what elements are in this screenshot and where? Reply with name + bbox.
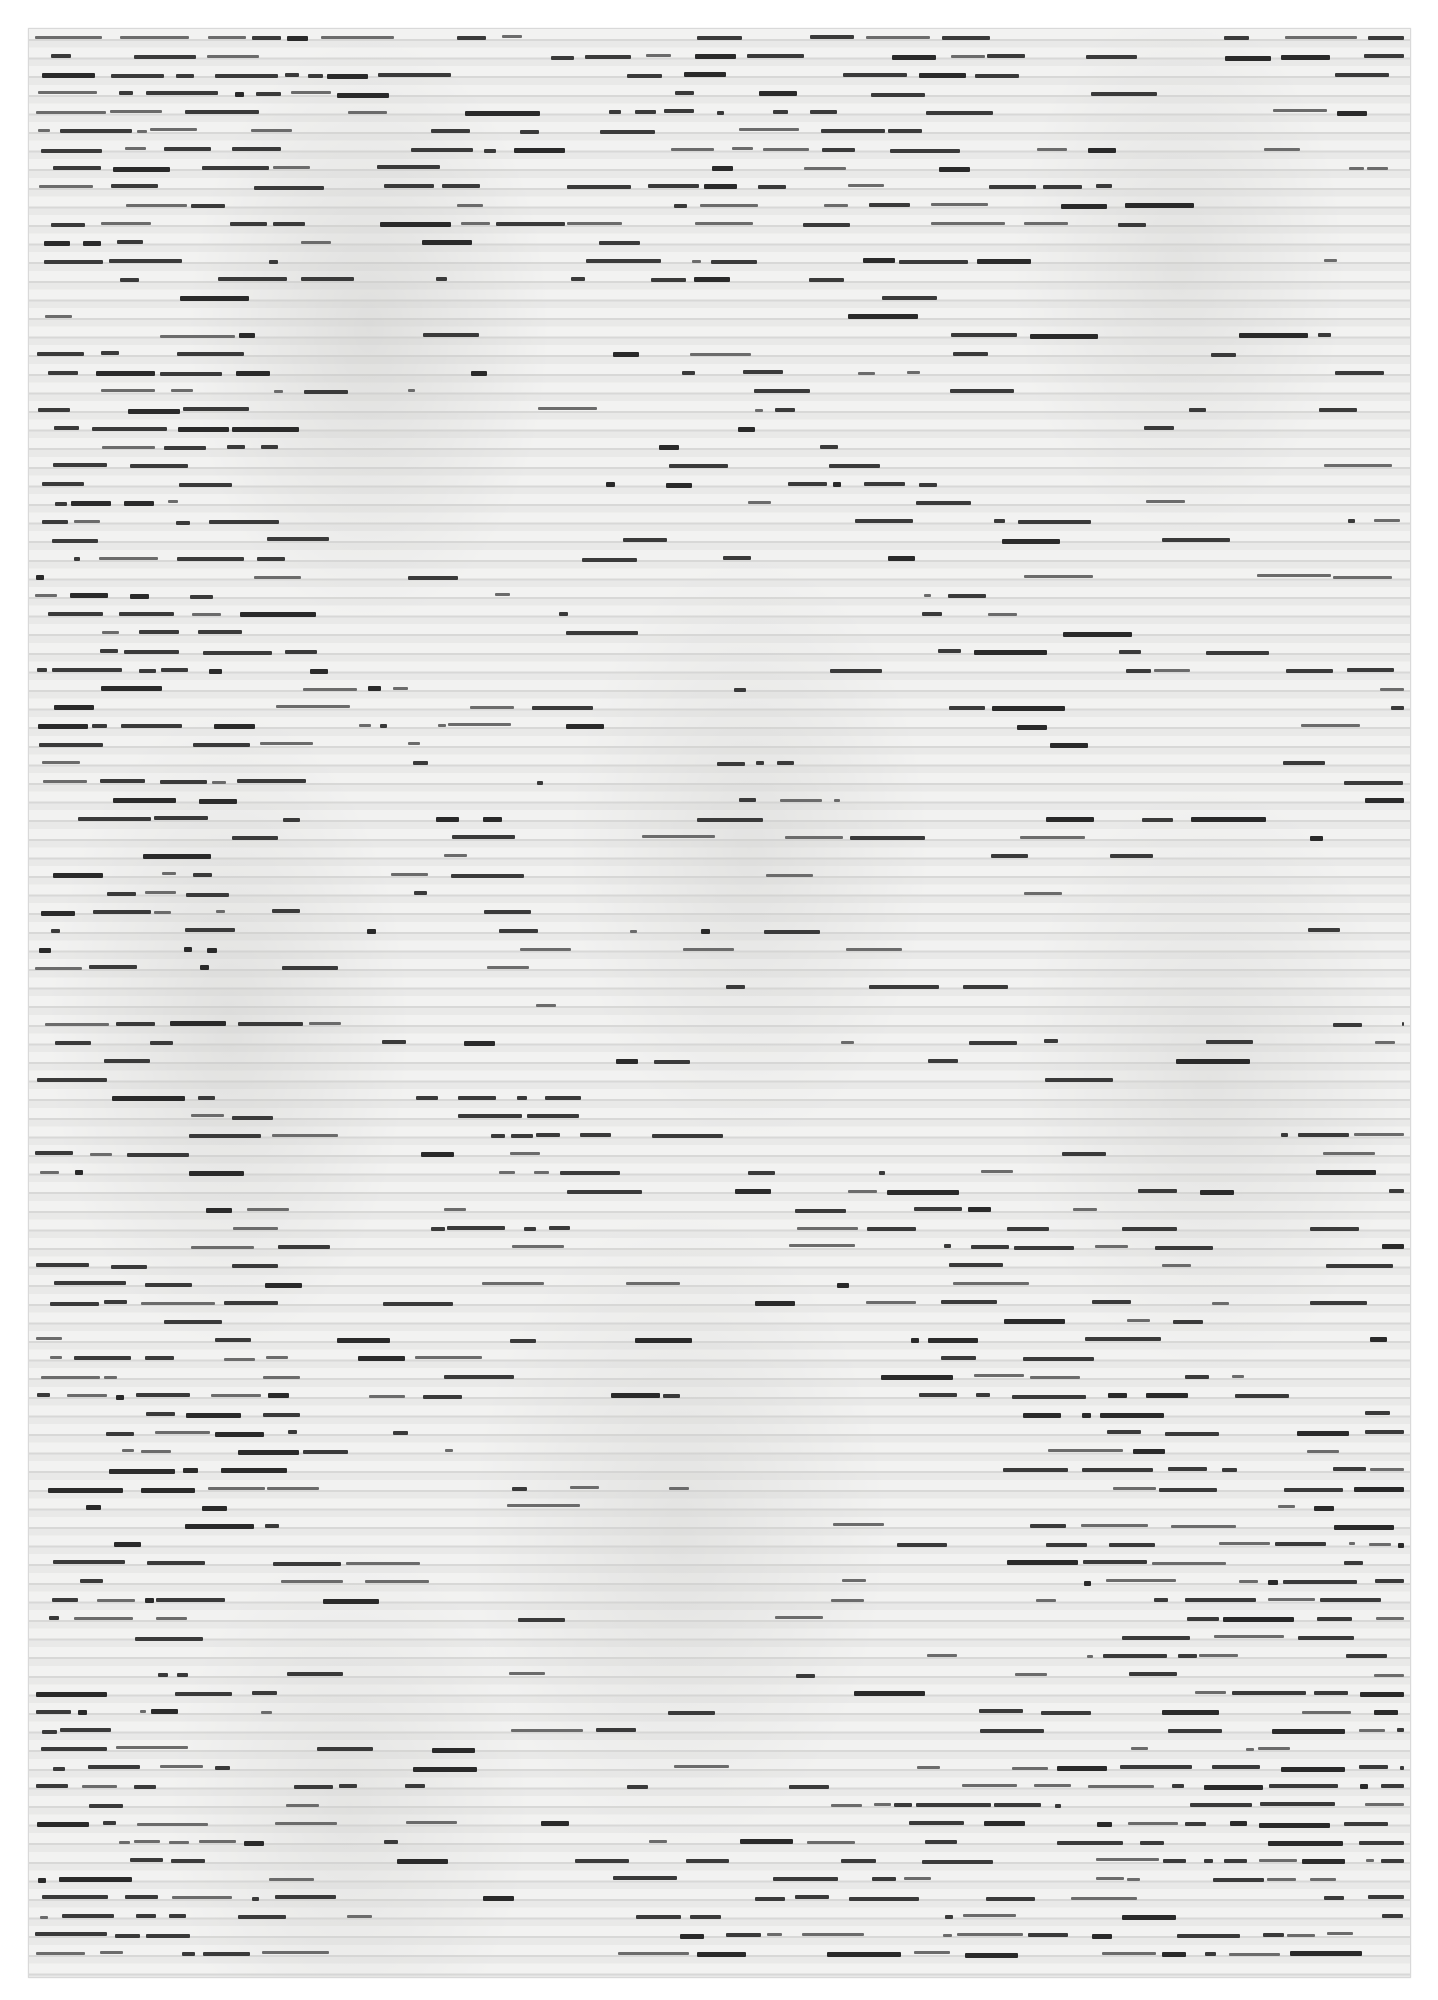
stripe-dash bbox=[963, 985, 1008, 989]
stripe-dash bbox=[1368, 36, 1405, 40]
stripe-dash bbox=[232, 147, 281, 151]
stripe-dash bbox=[648, 184, 699, 188]
stripe-dash bbox=[606, 482, 615, 487]
stripe-dash bbox=[1050, 743, 1088, 748]
stripe-dash bbox=[1269, 1784, 1338, 1788]
stripe-dash bbox=[304, 390, 349, 394]
stripe-dash bbox=[198, 630, 242, 634]
stripe-dash bbox=[807, 1841, 855, 1844]
stripe-dash bbox=[843, 73, 907, 77]
stripe-dash bbox=[1382, 1244, 1404, 1249]
stripe-dash bbox=[1095, 1245, 1128, 1248]
stripe-dash bbox=[487, 966, 529, 969]
stripe-dash bbox=[1344, 781, 1403, 785]
stripe-dash bbox=[285, 73, 298, 77]
stripe-dash bbox=[1400, 1766, 1404, 1770]
stripe-dash bbox=[263, 1376, 299, 1379]
stripe-dash bbox=[560, 1171, 621, 1175]
stripe-dash bbox=[265, 1524, 279, 1528]
stripe-dash bbox=[178, 427, 229, 432]
stripe-dash bbox=[1168, 1467, 1207, 1471]
stripe-dash bbox=[136, 1393, 190, 1397]
stripe-dash bbox=[109, 259, 182, 263]
stripe-dash bbox=[59, 1877, 132, 1882]
stripe-dash bbox=[821, 129, 885, 133]
stripe-dash bbox=[115, 1934, 140, 1938]
stripe-dash bbox=[1057, 1766, 1107, 1771]
stripe-dash bbox=[346, 1562, 420, 1565]
stripe-dash bbox=[172, 1896, 233, 1899]
stripe-dash bbox=[1195, 1691, 1226, 1694]
stripe-dash bbox=[134, 1785, 156, 1789]
stripe-dash bbox=[922, 612, 942, 616]
stripe-dash bbox=[723, 556, 751, 560]
stripe-dash bbox=[671, 148, 714, 151]
stripe-dash bbox=[914, 1951, 950, 1954]
stripe-dash bbox=[1334, 1525, 1394, 1530]
stripe-dash bbox=[974, 650, 1047, 655]
stripe-dash bbox=[1189, 408, 1206, 412]
stripe-dash bbox=[1314, 1691, 1348, 1695]
stripe-dash bbox=[945, 1915, 953, 1919]
stripe-dash bbox=[499, 929, 538, 933]
stripe-dash bbox=[36, 111, 106, 114]
stripe-dash bbox=[192, 613, 221, 616]
stripe-dash bbox=[717, 762, 745, 766]
stripe-dash bbox=[283, 818, 300, 822]
stripe-dash bbox=[976, 1393, 990, 1397]
stripe-dash bbox=[613, 1876, 677, 1880]
stripe-dash bbox=[92, 427, 168, 431]
stripe-dash bbox=[368, 686, 381, 691]
stripe-dash bbox=[101, 222, 151, 225]
stripe-dash bbox=[36, 1263, 89, 1267]
stripe-dash bbox=[287, 1672, 343, 1676]
stripe-dash bbox=[763, 148, 809, 151]
stripe-dash bbox=[680, 1934, 704, 1939]
stripe-dash bbox=[168, 500, 178, 503]
stripe-dash bbox=[80, 1579, 102, 1583]
stripe-dash bbox=[380, 724, 387, 728]
stripe-dash bbox=[848, 184, 883, 187]
stripe-dash bbox=[1113, 1487, 1157, 1490]
stripe-dash bbox=[42, 520, 67, 524]
stripe-dash bbox=[992, 706, 1065, 711]
stripe-dash bbox=[254, 186, 324, 190]
stripe-dash bbox=[339, 1784, 357, 1788]
stripe-dash bbox=[1283, 761, 1325, 765]
stripe-dash bbox=[1376, 1617, 1404, 1620]
stripe-dash bbox=[1096, 1858, 1160, 1861]
stripe-dash bbox=[881, 1375, 953, 1380]
stripe-dash bbox=[1020, 836, 1084, 839]
stripe-dash bbox=[1314, 1506, 1334, 1511]
stripe-dash bbox=[128, 409, 180, 414]
stripe-dash bbox=[1014, 1246, 1074, 1250]
stripe-dash bbox=[119, 612, 174, 616]
stripe-dash bbox=[986, 1897, 1035, 1901]
stripe-dash bbox=[1131, 1747, 1149, 1750]
stripe-dash bbox=[668, 1711, 715, 1715]
stripe-dash bbox=[232, 1264, 278, 1268]
stripe-dash bbox=[139, 630, 180, 634]
stripe-dash bbox=[215, 1432, 264, 1437]
stripe-dash bbox=[275, 1895, 336, 1899]
stripe-dash bbox=[36, 1692, 106, 1697]
stripe-dash bbox=[208, 1487, 265, 1490]
stripe-dash bbox=[1190, 1803, 1252, 1807]
stripe-dash bbox=[207, 55, 259, 58]
stripe-dash bbox=[116, 1022, 154, 1026]
stripe-dash bbox=[917, 1766, 940, 1769]
stripe-dash bbox=[1267, 1878, 1297, 1881]
stripe-dash bbox=[1230, 1821, 1247, 1826]
stripe-dash bbox=[38, 724, 88, 729]
stripe-dash bbox=[894, 1803, 911, 1807]
stripe-dash bbox=[1259, 1823, 1331, 1828]
stripe-dash bbox=[789, 1244, 855, 1247]
stripe-dash bbox=[942, 36, 990, 40]
stripe-dash bbox=[54, 705, 94, 710]
stripe-dash bbox=[869, 203, 911, 207]
stripe-dash bbox=[232, 836, 279, 840]
stripe-dash bbox=[1015, 1673, 1047, 1676]
stripe-dash bbox=[824, 204, 848, 207]
stripe-dash bbox=[40, 1916, 48, 1919]
stripe-dash bbox=[734, 688, 746, 692]
stripe-dash bbox=[457, 204, 483, 207]
stripe-dash bbox=[215, 1766, 230, 1770]
stripe-dash bbox=[512, 1487, 527, 1491]
stripe-dash bbox=[471, 371, 487, 376]
stripe-dash bbox=[125, 147, 145, 150]
stripe-dash bbox=[256, 92, 281, 96]
stripe-dash bbox=[38, 408, 70, 412]
stripe-dash bbox=[1213, 1878, 1264, 1882]
stripe-dash bbox=[1381, 1784, 1404, 1788]
stripe-dash bbox=[458, 1096, 496, 1100]
stripe-dash bbox=[549, 1226, 570, 1230]
stripe-dash bbox=[1389, 1189, 1404, 1193]
stripe-dash bbox=[211, 1394, 261, 1397]
stripe-dash bbox=[272, 909, 300, 913]
stripe-dash bbox=[1083, 1560, 1147, 1564]
stripe-dash bbox=[684, 72, 726, 77]
stripe-dash bbox=[214, 724, 255, 729]
stripe-dash bbox=[145, 1356, 174, 1360]
stripe-dash bbox=[697, 818, 762, 822]
stripe-dash bbox=[941, 1300, 998, 1304]
stripe-dash bbox=[51, 54, 71, 58]
stripe-dash bbox=[538, 407, 597, 410]
stripe-dash bbox=[686, 1859, 729, 1863]
stripe-dash bbox=[994, 1803, 1041, 1807]
stripe-dash bbox=[146, 91, 218, 95]
stripe-dash bbox=[347, 1915, 371, 1918]
stripe-dash bbox=[416, 1096, 438, 1100]
stripe-dash bbox=[1017, 725, 1048, 730]
stripe-dash bbox=[301, 277, 355, 281]
stripe-dash bbox=[185, 1524, 254, 1529]
stripe-dash bbox=[107, 892, 136, 896]
stripe-dash bbox=[1273, 109, 1328, 112]
stripe-dash bbox=[422, 240, 472, 245]
stripe-dash bbox=[288, 1430, 297, 1434]
stripe-dash bbox=[1272, 1729, 1345, 1734]
stripe-dash bbox=[53, 1560, 126, 1564]
stripe-dash bbox=[1073, 1208, 1097, 1211]
stripe-dash bbox=[1310, 1301, 1368, 1305]
stripe-dash bbox=[177, 557, 244, 561]
stripe-dash bbox=[536, 1133, 559, 1137]
stripe-dash bbox=[1030, 334, 1098, 339]
stripe-dash bbox=[397, 1859, 448, 1864]
stripe-dash bbox=[938, 649, 961, 653]
stripe-dash bbox=[1374, 1674, 1404, 1677]
stripe-dash bbox=[575, 1859, 629, 1863]
stripe-dash bbox=[327, 74, 367, 79]
stripe-dash bbox=[160, 372, 222, 376]
stripe-dash bbox=[1344, 1822, 1388, 1826]
stripe-dash bbox=[926, 111, 992, 115]
stripe-dash bbox=[122, 1449, 134, 1452]
stripe-dash bbox=[1354, 1487, 1404, 1492]
stripe-dash bbox=[585, 55, 631, 59]
stripe-dash bbox=[484, 910, 531, 914]
stripe-dash bbox=[119, 91, 134, 95]
stripe-dash bbox=[1091, 92, 1157, 96]
stripe-dash bbox=[1024, 892, 1063, 895]
stripe-dash bbox=[690, 353, 752, 356]
stripe-dash bbox=[1268, 1598, 1316, 1601]
stripe-dash bbox=[892, 55, 936, 60]
stripe-dash bbox=[1036, 1599, 1056, 1602]
stripe-dash bbox=[567, 1190, 643, 1194]
stripe-dash bbox=[1346, 1654, 1386, 1658]
stripe-dash bbox=[756, 761, 764, 765]
stripe-dash bbox=[126, 204, 188, 207]
stripe-dash bbox=[1214, 1635, 1284, 1638]
stripe-dash bbox=[232, 1116, 273, 1120]
stripe-dash bbox=[160, 335, 236, 338]
stripe-dash bbox=[261, 445, 277, 449]
stripe-dash bbox=[659, 445, 680, 450]
stripe-dash bbox=[1381, 1859, 1404, 1863]
stripe-dash bbox=[227, 445, 246, 449]
stripe-dash bbox=[695, 54, 736, 59]
stripe-dash bbox=[193, 873, 212, 877]
stripe-dash bbox=[92, 724, 107, 728]
stripe-dash bbox=[869, 985, 939, 989]
stripe-dash bbox=[337, 93, 390, 98]
stripe-dash bbox=[55, 502, 67, 506]
stripe-dash bbox=[1057, 1841, 1123, 1845]
stripe-dash bbox=[904, 1877, 931, 1880]
stripe-dash bbox=[218, 277, 287, 281]
stripe-dash bbox=[748, 1171, 776, 1175]
stripe-dash bbox=[1349, 167, 1364, 170]
stripe-dash bbox=[35, 1932, 107, 1936]
stripe-dash bbox=[215, 74, 277, 78]
stripe-dash bbox=[499, 1171, 515, 1174]
stripe-dash bbox=[928, 1338, 978, 1343]
stripe-dash bbox=[1119, 650, 1141, 654]
stripe-dash bbox=[1212, 1302, 1230, 1305]
stripe-dash bbox=[60, 1728, 111, 1732]
stripe-dash bbox=[1310, 836, 1323, 841]
stripe-dash bbox=[1004, 1319, 1065, 1324]
stripe-dash bbox=[755, 409, 763, 412]
stripe-dash bbox=[537, 781, 543, 785]
stripe-dash bbox=[139, 669, 156, 673]
stripe-dash bbox=[1347, 668, 1394, 672]
stripe-dash bbox=[922, 1860, 993, 1864]
stripe-dash bbox=[1323, 1152, 1375, 1155]
stripe-dash bbox=[854, 1691, 925, 1696]
stripe-dash bbox=[391, 873, 429, 876]
stripe-dash bbox=[1298, 1636, 1354, 1640]
stripe-dash bbox=[35, 1151, 73, 1155]
stripe-dash bbox=[618, 1952, 689, 1955]
stripe-dash bbox=[124, 501, 154, 506]
stripe-dash bbox=[177, 1673, 189, 1677]
stripe-dash bbox=[116, 1395, 124, 1400]
stripe-dash bbox=[48, 371, 78, 375]
stripe-dash bbox=[747, 54, 804, 58]
stripe-dash bbox=[414, 891, 427, 895]
stripe-dash bbox=[1162, 1264, 1192, 1267]
stripe-dash bbox=[130, 594, 149, 599]
stripe-dash bbox=[1310, 1878, 1335, 1881]
stripe-dash bbox=[119, 1841, 129, 1844]
stripe-dash bbox=[193, 743, 251, 747]
stripe-dash bbox=[1232, 1691, 1307, 1695]
stripe-dash bbox=[1397, 1728, 1404, 1732]
stripe-dash bbox=[38, 91, 98, 94]
stripe-dash bbox=[1264, 148, 1300, 151]
stripe-dash bbox=[855, 519, 913, 523]
stripe-dash bbox=[1176, 1059, 1251, 1064]
stripe-dash bbox=[1235, 1394, 1289, 1398]
stripe-dash bbox=[224, 1358, 255, 1361]
stripe-dash bbox=[406, 1821, 457, 1824]
stripe-dash bbox=[1107, 1430, 1141, 1434]
stripe-dash bbox=[276, 705, 350, 708]
stripe-dash bbox=[415, 1356, 482, 1359]
stripe-dash bbox=[944, 1244, 951, 1248]
stripe-dash bbox=[919, 1393, 957, 1397]
stripe-dash bbox=[483, 817, 502, 822]
stripe-dash bbox=[1159, 1488, 1218, 1492]
stripe-dash bbox=[261, 1711, 272, 1714]
stripe-dash bbox=[949, 706, 985, 710]
stripe-dash bbox=[1283, 1580, 1357, 1584]
stripe-dash bbox=[43, 780, 87, 783]
stripe-dash bbox=[566, 724, 604, 729]
stripe-dash bbox=[1307, 1450, 1338, 1453]
stripe-dash bbox=[866, 1301, 916, 1304]
stripe-dash bbox=[49, 1616, 58, 1620]
stripe-dash bbox=[51, 223, 85, 227]
stripe-dash bbox=[848, 1190, 878, 1193]
stripe-dash bbox=[209, 669, 223, 674]
stripe-dash bbox=[1205, 1952, 1216, 1956]
stripe-dash bbox=[90, 1153, 112, 1156]
stripe-dash bbox=[1023, 1357, 1094, 1361]
stripe-dash bbox=[102, 446, 155, 449]
stripe-dash bbox=[971, 1245, 1009, 1249]
stripe-dash bbox=[1128, 1822, 1178, 1825]
stripe-dash bbox=[36, 1952, 85, 1955]
stripe-dash bbox=[155, 1431, 209, 1434]
stripe-dash bbox=[977, 259, 1031, 264]
stripe-dash bbox=[1285, 36, 1358, 39]
stripe-dash bbox=[623, 538, 667, 542]
stripe-dash bbox=[82, 1785, 118, 1788]
stripe-dash bbox=[732, 147, 753, 150]
stripe-dash bbox=[169, 1914, 186, 1918]
stripe-dash bbox=[1012, 1767, 1048, 1770]
stripe-dash bbox=[897, 1543, 947, 1547]
stripe-dash bbox=[695, 222, 754, 225]
stripe-dash bbox=[1103, 1654, 1167, 1658]
stripe-dash bbox=[309, 1022, 342, 1025]
stripe-dash bbox=[586, 259, 661, 263]
stripe-dash bbox=[512, 1245, 563, 1248]
stripe-dash bbox=[697, 36, 742, 40]
stripe-dash bbox=[803, 223, 850, 227]
stripe-dash bbox=[1382, 1914, 1403, 1918]
stripe-dash bbox=[1126, 669, 1152, 673]
stripe-dash bbox=[45, 315, 71, 318]
stripe-dash bbox=[484, 149, 497, 153]
stripe-dash bbox=[200, 965, 210, 970]
stripe-dash bbox=[74, 520, 100, 523]
stripe-dash bbox=[764, 930, 820, 934]
stripe-dash bbox=[101, 351, 119, 355]
stripe-dash bbox=[1333, 576, 1392, 579]
stripe-dash bbox=[567, 185, 631, 189]
stripe-dash bbox=[1260, 1802, 1335, 1806]
stripe-dash bbox=[143, 854, 212, 859]
stripe-dash bbox=[1365, 798, 1404, 803]
stripe-dash bbox=[1310, 1227, 1359, 1231]
stripe-dash bbox=[1168, 1729, 1222, 1733]
stripe-dash bbox=[989, 185, 1036, 189]
stripe-dash bbox=[384, 184, 434, 188]
stripe-dash bbox=[359, 724, 371, 727]
stripe-dash bbox=[37, 1393, 50, 1397]
stripe-dash bbox=[820, 445, 838, 449]
stripe-dash bbox=[251, 129, 292, 132]
stripe-dash bbox=[170, 1021, 226, 1026]
stripe-dash bbox=[120, 278, 139, 282]
stripe-dash bbox=[202, 166, 269, 170]
stripe-dash bbox=[1191, 817, 1265, 822]
stripe-dash bbox=[1374, 519, 1400, 522]
stripe-dash bbox=[260, 742, 314, 745]
stripe-dash bbox=[969, 1041, 1017, 1045]
stripe-dash bbox=[432, 1748, 475, 1753]
stripe-dash bbox=[431, 129, 470, 133]
stripe-dash bbox=[1360, 1692, 1404, 1697]
stripe-dash bbox=[54, 426, 79, 430]
stripe-dash bbox=[866, 36, 931, 39]
stripe-dash bbox=[162, 872, 176, 875]
stripe-dash bbox=[393, 1431, 408, 1435]
stripe-dash bbox=[257, 557, 285, 561]
stripe-dash bbox=[1239, 1580, 1257, 1583]
